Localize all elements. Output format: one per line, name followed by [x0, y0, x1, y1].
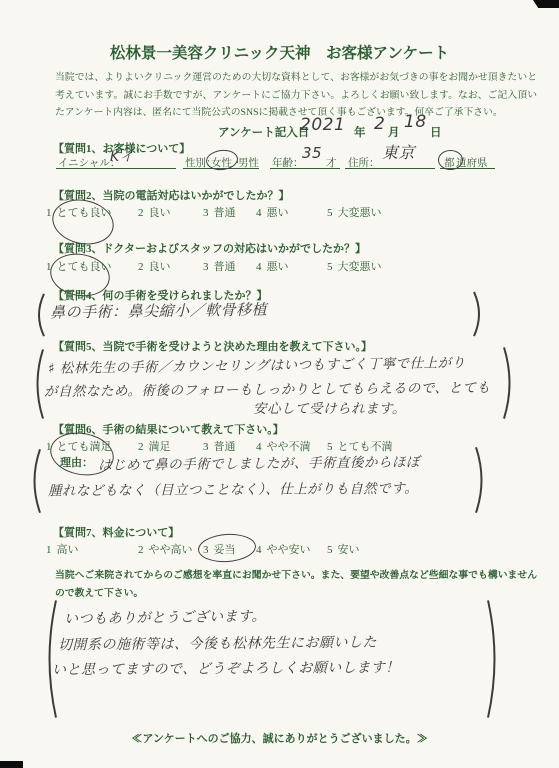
q2-option-4: 4悪い: [256, 204, 289, 220]
q4-answer: 鼻の手術：鼻尖縮小／軟骨移植: [50, 298, 267, 322]
q4-bracket-close: [472, 291, 485, 337]
scan-artifact-bottom-left: [0, 761, 23, 768]
age-unit: 才: [326, 155, 337, 170]
pref-selected-circle: [438, 150, 463, 170]
q6-reason-label: 理由：: [60, 454, 93, 470]
q7-options: 1高い 2やや高い 3妥当 4やや安い 5安い: [0, 541, 559, 557]
q4-bracket-open: [33, 293, 46, 337]
comment-line3: いと思ってますので、どうぞよろしくお願いします！: [52, 657, 400, 679]
q3-option-5: 5大変悪い: [327, 258, 382, 274]
q6-reason-bracket-open: [28, 448, 42, 514]
scan-artifact-top-right: [533, 0, 559, 8]
address-value: 東京: [382, 140, 415, 163]
q5-bracket-open: [31, 348, 45, 420]
q7-option-2: 2やや高い: [138, 541, 193, 557]
comment-line1: いつもありがとうございます。: [64, 606, 266, 629]
date-year-value: 2021: [300, 115, 345, 135]
q2-option-5: 5大変悪い: [327, 204, 382, 220]
q3-option-3: 3普通: [203, 258, 236, 274]
age-value: 35: [302, 144, 322, 162]
q6-option-2: 2満足: [138, 438, 171, 454]
q5-answer-line3: 安心して受けられます。: [253, 397, 406, 417]
gender-option-male: 男性: [238, 155, 259, 170]
feedback-prompt: 当院へご来院されてからのご感想を率直にお聞かせ下さい。また、要望や改善点など些細…: [55, 567, 537, 602]
date-year-unit: 年: [354, 124, 366, 140]
q3-option-4: 4悪い: [256, 258, 289, 274]
age-label: 年齢：: [272, 155, 304, 170]
date-day-value: 18: [404, 112, 427, 132]
date-day-unit: 日: [430, 124, 442, 140]
date-label: アンケート記入日: [218, 124, 309, 140]
q5-bracket-close: [502, 346, 516, 420]
q2-option-2: 2良い: [138, 204, 171, 220]
q2-option-3: 3普通: [203, 204, 236, 220]
date-month-unit: 月: [388, 124, 400, 140]
initial-value: Kイ: [110, 146, 134, 166]
page-title: 松林景一美容クリニック天神 お客様アンケート: [0, 41, 559, 63]
address-label: 住所：: [348, 155, 380, 170]
q3-heading: 【質問3、ドクターおよびスタッフの対応はいかがでしたか？】: [53, 240, 366, 256]
comment-bracket-close: [486, 598, 502, 720]
q6-reason-line2: 腫れなどもなく（目立つことなく）、仕上がりも自然です。: [48, 477, 418, 500]
q7-option-4: 4やや安い: [256, 541, 311, 557]
q7-option-1: 1高い: [46, 541, 79, 557]
q6-reason-bracket-close: [474, 446, 488, 514]
q7-heading: 【質問7、料金について】: [53, 524, 179, 540]
intro-text: 当院では、よりよいクリニック運営のための大切な資料として、お客様がお気づきの事を…: [55, 69, 537, 122]
survey-scan-page: 松林景一美容クリニック天神 お客様アンケート 当院では、よりよいクリニック運営の…: [0, 0, 559, 768]
q3-option-2: 2良い: [138, 258, 171, 274]
q7-option-5: 5安い: [327, 541, 360, 557]
comment-line2: 切開系の施術等は、今後も松林先生にお願いした: [58, 632, 377, 655]
q7-selected-circle: [197, 532, 257, 564]
q6-reason-line1: はじめて鼻の手術でしましたが、手術直後からほぼ: [98, 450, 420, 473]
footer-thanks: ≪アンケートへのご協力、誠にありがとうございました。≫: [0, 730, 559, 746]
date-month-value: 2: [374, 114, 385, 134]
q5-answer-line1: ♯ 松林先生の手術／カウンセリングはいつもすごく丁寧で仕上がり: [48, 351, 466, 377]
q5-heading: 【質問5、当院で手術を受けようと決めた理由を教えて下さい。】: [53, 338, 372, 354]
